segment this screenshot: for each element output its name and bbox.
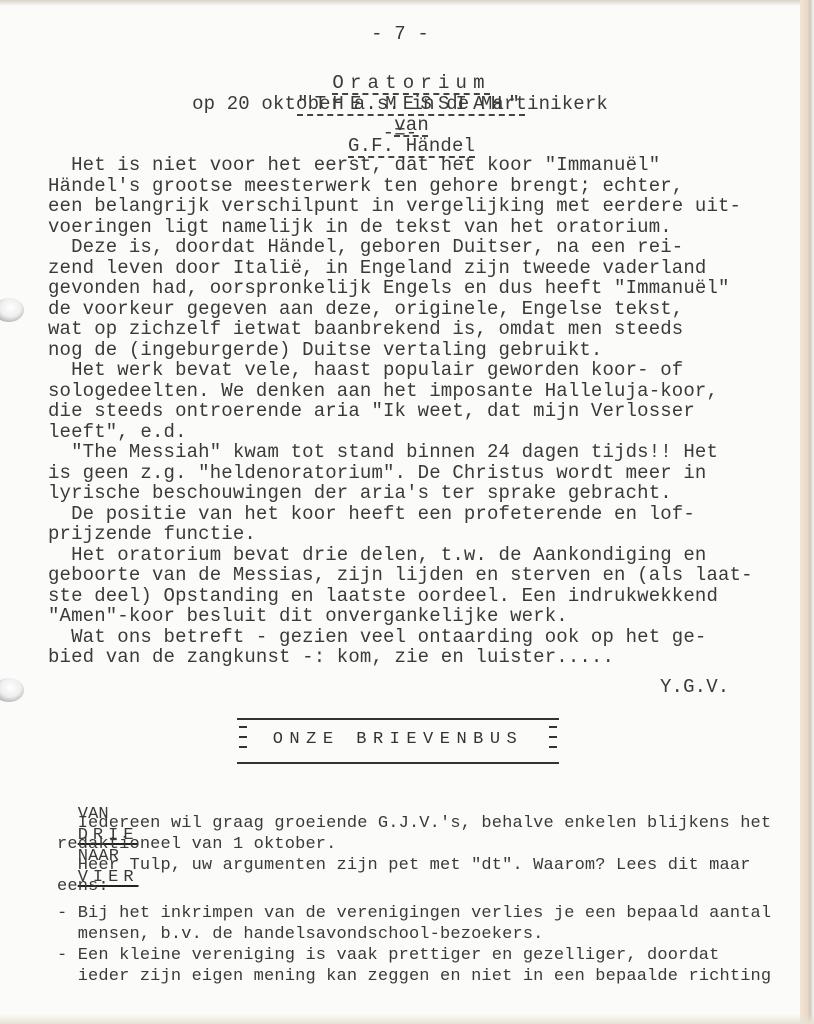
binder-punch-hole — [0, 678, 24, 702]
paper-bottom-edge — [0, 1014, 814, 1024]
letter-line: eens: — [57, 876, 109, 897]
letter-line: Iedereen wil graag groeiende G.J.V.'s, b… — [57, 813, 771, 834]
letter-line: mensen, b.v. de handelsavondschool-bezoe… — [57, 924, 544, 945]
article-line: wat op zichzelf ietwat baanbrekend is, o… — [48, 319, 683, 340]
article-line: een belangrijk verschilpunt in vergelijk… — [48, 196, 741, 217]
letter-line: ieder zijn eigen mening kan zeggen en ni… — [57, 966, 771, 987]
article-line: gevonden had, oorspronkelijk Engels en d… — [48, 278, 730, 299]
article-line: is geen z.g. "heldenoratorium". De Chris… — [48, 463, 706, 484]
letter-line: redaktioneel van 1 oktober. — [57, 834, 337, 855]
article-line: "The Messiah" kwam tot stand binnen 24 d… — [48, 442, 718, 463]
section-header: ONZE BRIEVENBUS — [237, 718, 559, 764]
article-line: Wat ons betreft - gezien veel ontaarding… — [48, 627, 706, 648]
separator: -=- — [0, 123, 800, 144]
article-line: leeft", e.d. — [48, 422, 187, 443]
article-line: Deze is, doordat Händel, geboren Duitser… — [48, 237, 683, 258]
article-line: Händel's grootse meesterwerk ten gehore … — [48, 176, 683, 197]
article-line: ste deel) Opstanding en laatste oordeel.… — [48, 586, 718, 607]
article-line: sologedeelten. We denken aan het imposan… — [48, 381, 718, 402]
section-header-label: ONZE BRIEVENBUS — [255, 730, 541, 749]
article-line: zend leven door Italië, in Engeland zijn… — [48, 258, 706, 279]
article-line: bied van de zangkunst -: kom, zie en lui… — [48, 647, 614, 668]
header-dash-decoration — [549, 726, 557, 756]
paper-right-edge — [800, 0, 814, 1024]
article-line: lyrische beschouwingen der aria's ter sp… — [48, 483, 672, 504]
article-line: de voorkeur gegeven aan deze, originele,… — [48, 299, 683, 320]
letter-line: Heer Tulp, uw argumenten zijn pet met "d… — [57, 855, 751, 876]
page-number: - 7 - — [0, 24, 800, 45]
article-line: De positie van het koor heeft een profet… — [48, 504, 695, 525]
article-line: prijzende functie. — [48, 524, 256, 545]
binder-punch-hole — [0, 298, 24, 322]
article-line: Het is niet voor het eerst, dat het koor… — [48, 155, 660, 176]
article-line: geboorte van de Messias, zijn lijden en … — [48, 565, 753, 586]
paper-top-edge — [0, 0, 814, 6]
signature: Y.G.V. — [660, 677, 729, 698]
title-word-oratorium: Oratorium — [332, 72, 490, 94]
letter-bullet-item: - Een kleine vereniging is vaak prettige… — [57, 945, 720, 966]
header-dash-decoration — [239, 726, 247, 756]
letter-bullet-item: - Bij het inkrimpen van de verenigingen … — [57, 903, 771, 924]
article-line: voeringen ligt namelijk in de tekst van … — [48, 217, 672, 238]
article-line: "Amen"-koor besluit dit onvergankelijke … — [48, 606, 568, 627]
article-line: Het oratorium bevat drie delen, t.w. de … — [48, 545, 706, 566]
article-line: Het werk bevat vele, haast populair gewo… — [48, 360, 683, 381]
article-subtitle: op 20 oktober a.s. in de Martinikerk — [0, 94, 800, 115]
article-line: die steeds ontroerende aria "Ik weet, da… — [48, 401, 695, 422]
article-line: nog de (ingeburgerde) Duitse vertaling g… — [48, 340, 603, 361]
